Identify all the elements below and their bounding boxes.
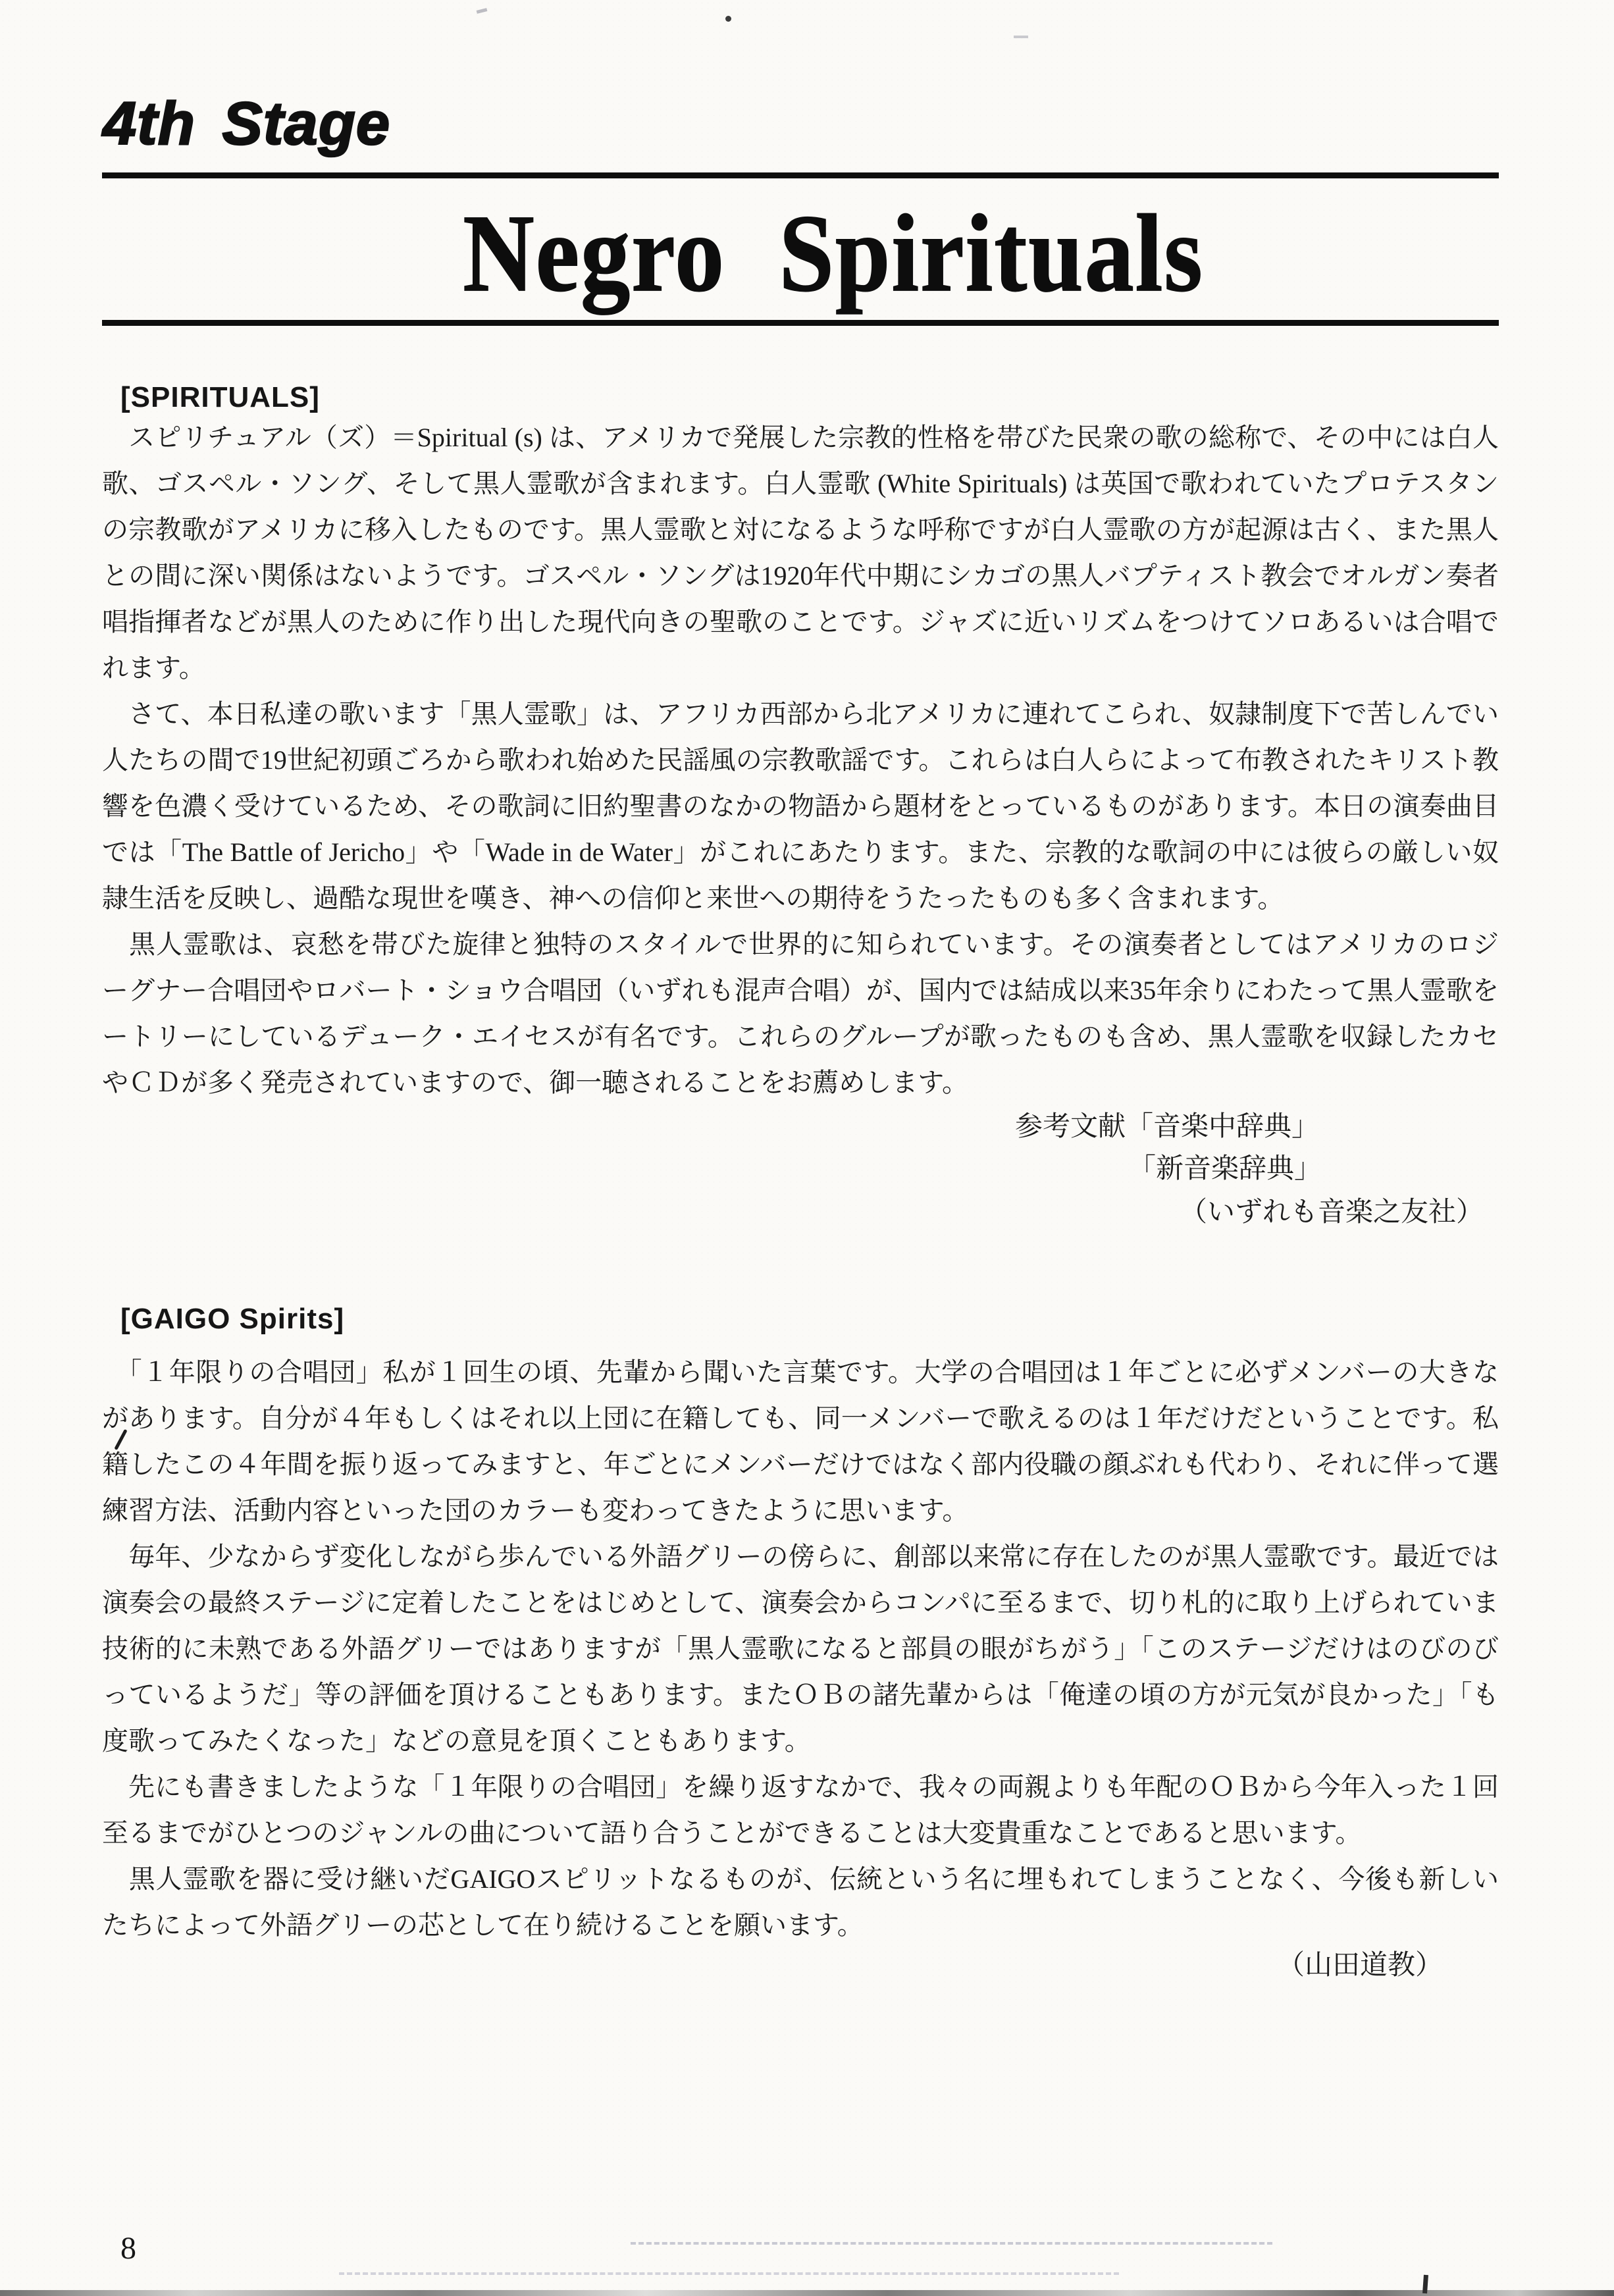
spirituals-paragraph-2: さて、本日私達の歌います「黒人霊歌」は、アフリカ西部から北アメリカに連れてこられ… <box>102 691 1499 922</box>
body-line: 至るまでがひとつのジャンルの曲について語り合うことができることは大変貴重なことで… <box>102 1810 1499 1856</box>
body-line: 技術的に未熟である外語グリーではありますが「黒人霊歌になると部員の眼がちがう」「… <box>102 1626 1499 1672</box>
body-line: ートリーにしているデューク・エイセスが有名です。これらのグループが歌ったものも含… <box>102 1014 1499 1060</box>
body-line: スピリチュアル（ズ）＝Spiritual (s) は、アメリカで発展した宗教的性… <box>102 415 1499 461</box>
body-line: 演奏会の最終ステージに定着したことをはじめとして、演奏会からコンパに至るまで、切… <box>102 1580 1499 1626</box>
body-line: 「１年限りの合唱団」私が１回生の頃、先輩から聞いた言葉です。大学の合唱団は１年ご… <box>102 1349 1499 1396</box>
scan-speck <box>477 8 488 14</box>
body-line: 歌、ゴスペル・ソング、そして黒人霊歌が含まれます。白人霊歌 (White Spi… <box>102 461 1499 507</box>
body-line: 隷生活を反映し、過酷な現世を嘆き、神への信仰と来世への期待をうたったものも多く含… <box>102 875 1499 922</box>
body-line: 響を色濃く受けているため、その歌詞に旧約聖書のなかの物語から題材をとっているもの… <box>102 783 1499 829</box>
body-line: 唱指揮者などが黒人のために作り出した現代向きの聖歌のことです。ジャズに近いリズム… <box>102 599 1499 645</box>
title-rule-top <box>102 172 1499 178</box>
body-line: さて、本日私達の歌います「黒人霊歌」は、アフリカ西部から北アメリカに連れてこられ… <box>102 691 1499 737</box>
gaigo-paragraph-3: 先にも書きましたような「１年限りの合唱団」を繰り返すなかで、我々の両親よりも年配… <box>102 1764 1499 1856</box>
scan-dotted-line <box>631 2242 1272 2245</box>
section-heading-spirituals: [SPIRITUALS] <box>120 380 320 415</box>
spirituals-paragraph-1: スピリチュアル（ズ）＝Spiritual (s) は、アメリカで発展した宗教的性… <box>102 415 1499 691</box>
scan-bottom-edge <box>0 2290 1614 2296</box>
body-line: 練習方法、活動内容といった団のカラーも変わってきたように思います。 <box>102 1488 1499 1534</box>
body-line: の宗教歌がアメリカに移入したものです。黒人霊歌と対になるような呼称ですが白人霊歌… <box>102 507 1499 553</box>
body-line: たちによって外語グリーの芯として在り続けることを願います。 <box>102 1902 1499 1948</box>
body-line: 先にも書きましたような「１年限りの合唱団」を繰り返すなかで、我々の両親よりも年配… <box>102 1764 1499 1810</box>
reference-line: 「新音楽辞典」 <box>1128 1151 1322 1187</box>
body-line: っているようだ」等の評価を頂けることもあります。またＯＢの諸先輩からは「俺達の頃… <box>102 1672 1499 1718</box>
body-line: ーグナー合唱団やロバート・ショウ合唱団（いずれも混声合唱）が、国内では結成以来3… <box>102 968 1499 1014</box>
body-line: では「The Battle of Jericho」や「Wade in de Wa… <box>102 829 1499 875</box>
scan-speck <box>1014 36 1028 38</box>
gaigo-paragraph-4: 黒人霊歌を器に受け継いだGAIGOスピリットなるものが、伝統という名に埋もれてし… <box>102 1856 1499 1948</box>
body-line: 毎年、少なからず変化しながら歩んでいる外語グリーの傍らに、創部以来常に存在したの… <box>102 1534 1499 1580</box>
author-signature: （山田道教） <box>102 1947 1499 1984</box>
scan-dotted-line <box>339 2272 1119 2275</box>
body-line: 黒人霊歌を器に受け継いだGAIGOスピリットなるものが、伝統という名に埋もれてし… <box>102 1856 1499 1902</box>
body-line: 黒人霊歌は、哀愁を帯びた旋律と独特のスタイルで世界的に知られています。その演奏者… <box>102 922 1499 968</box>
reference-line: 参考文献「音楽中辞典」 <box>1015 1109 1319 1145</box>
gaigo-paragraph-2: 毎年、少なからず変化しながら歩んでいる外語グリーの傍らに、創部以来常に存在したの… <box>102 1534 1499 1764</box>
section-heading-gaigo: [GAIGO Spirits] <box>120 1302 344 1336</box>
body-line: 籍したこの４年間を振り返ってみますと、年ごとにメンバーだけではなく部内役職の顔ぶ… <box>102 1442 1499 1488</box>
body-line: やＣＤが多く発売されていますので、御一聴されることをお薦めします。 <box>102 1060 1499 1106</box>
body-line: 人たちの間で19世紀初頭ごろから歌われ始めた民謡風の宗教歌謡です。これらは白人ら… <box>102 737 1499 783</box>
reference-line: （いずれも音楽之友社） <box>1180 1194 1484 1231</box>
scan-speck <box>725 16 731 22</box>
scanned-program-page: 4th Stage Negro Spirituals [SPIRITUALS] … <box>0 0 1614 2296</box>
stage-label: 4th Stage <box>103 91 390 157</box>
gaigo-paragraph-1: 「１年限りの合唱団」私が１回生の頃、先輩から聞いた言葉です。大学の合唱団は１年ご… <box>102 1349 1499 1534</box>
page-number: 8 <box>120 2230 136 2267</box>
spirituals-paragraph-3: 黒人霊歌は、哀愁を帯びた旋律と独特のスタイルで世界的に知られています。その演奏者… <box>102 922 1499 1106</box>
title-rule-bottom <box>102 320 1499 326</box>
body-line: があります。自分が４年もしくはそれ以上団に在籍しても、同一メンバーで歌えるのは１… <box>102 1396 1499 1442</box>
body-line: れます。 <box>102 645 1499 691</box>
body-line: との間に深い関係はないようです。ゴスペル・ソングは1920年代中期にシカゴの黒人… <box>102 553 1499 599</box>
page-title: Negro Spirituals <box>135 191 1532 316</box>
body-line: 度歌ってみたくなった」などの意見を頂くこともあります。 <box>102 1718 1499 1764</box>
